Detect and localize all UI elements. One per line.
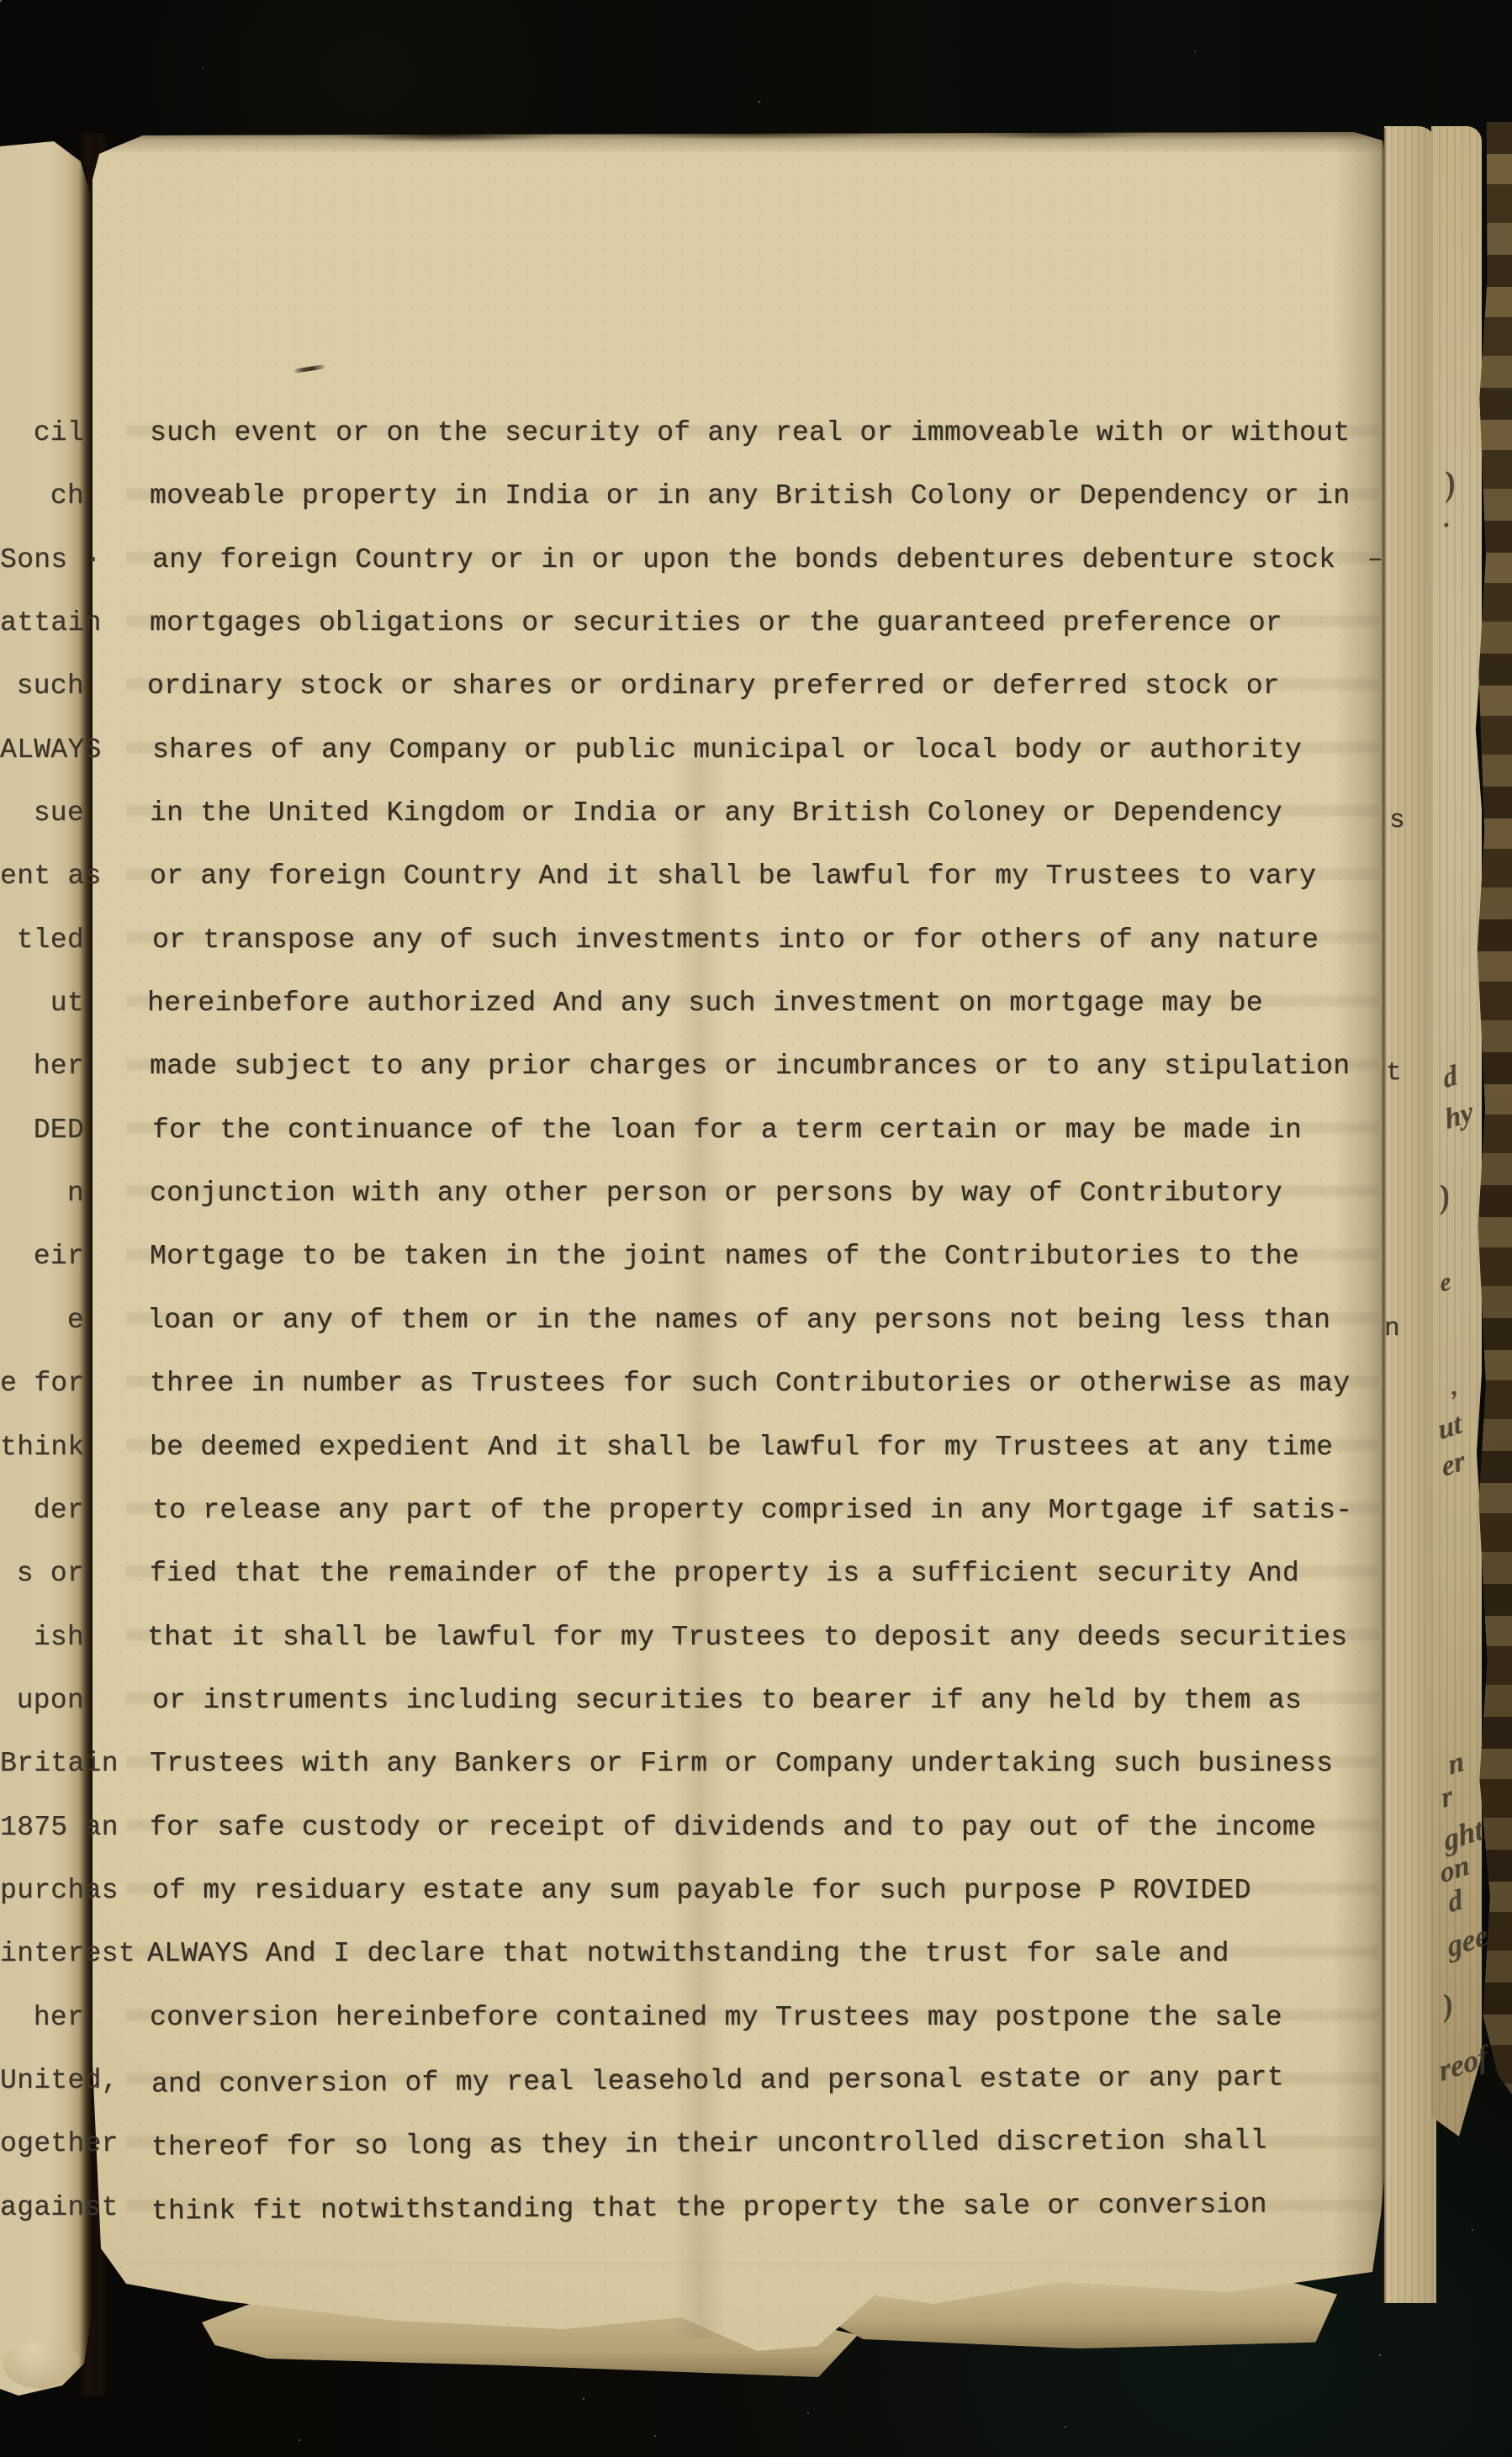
left-fragment: United,: [0, 2065, 84, 2128]
text-line: three in number as Trustees for such Con…: [150, 1368, 1386, 1431]
dust-specks: [0, 0, 2, 2]
text-line: such event or on the security of any rea…: [150, 417, 1386, 480]
left-fragment: eir: [0, 1241, 84, 1304]
margin-typed-mark: n: [1384, 1314, 1400, 1343]
left-fragment: interest: [0, 1938, 84, 2001]
left-fragment: her: [0, 1051, 84, 1114]
typewritten-text-block: such event or on the security of any rea…: [150, 417, 1386, 2255]
text-line: conversion hereinbefore contained my Tru…: [150, 2002, 1386, 2065]
text-line: or transpose any of such investments int…: [152, 924, 1388, 988]
margin-typed-mark: t: [1386, 1058, 1402, 1088]
left-page-text-fragments: cilchSons ·attainsuchALWAYSsueent astled…: [0, 417, 84, 2255]
text-line: that it shall be lawful for my Trustees …: [147, 1622, 1383, 1685]
text-line: fied that the remainder of the property …: [150, 1558, 1386, 1621]
margin-typed-mark: s: [1389, 806, 1405, 835]
left-fragment: s or: [0, 1558, 84, 1621]
left-fragment: Sons ·: [0, 544, 84, 607]
text-line: of my residuary estate any sum payable f…: [152, 1875, 1388, 1938]
left-fragment: ish: [0, 1622, 84, 1685]
left-fragment: sue: [0, 797, 84, 860]
left-fragment: DED: [0, 1115, 84, 1178]
margin-typed-mark: –: [1367, 545, 1383, 575]
left-fragment: ut: [0, 988, 84, 1051]
text-line: or instruments including securities to b…: [152, 1685, 1388, 1748]
left-fragment: upon: [0, 1685, 84, 1748]
left-fragment: ogether: [0, 2128, 84, 2191]
text-line: or any foreign Country And it shall be l…: [150, 860, 1386, 924]
text-line: be deemed expedient And it shall be lawf…: [150, 1432, 1386, 1495]
left-fragment: cil: [0, 417, 84, 480]
page-stack-band-outer: [1477, 122, 1512, 2094]
left-fragment: think: [0, 1432, 84, 1495]
text-line: for the continuance of the loan for a te…: [152, 1115, 1388, 1178]
text-line: conjunction with any other person or per…: [150, 1178, 1386, 1241]
text-line: Mortgage to be taken in the joint names …: [150, 1241, 1386, 1304]
text-line: any foreign Country or in or upon the bo…: [152, 544, 1388, 607]
left-fragment: ALWAYS: [0, 734, 84, 797]
left-fragment: tled: [0, 924, 84, 988]
text-line: made subject to any prior charges or inc…: [150, 1051, 1386, 1114]
text-line: Trustees with any Bankers or Firm or Com…: [150, 1748, 1386, 1811]
book-photograph: cilchSons ·attainsuchALWAYSsueent astled…: [0, 0, 1512, 2457]
left-fragment: her: [0, 2002, 84, 2065]
text-line: and conversion of my real leasehold and …: [151, 2061, 1388, 2131]
page-stack-band-inner: [1384, 126, 1436, 2303]
left-fragment: Britain: [0, 1748, 84, 1811]
text-line: for safe custody or receipt of dividends…: [150, 1812, 1386, 1875]
left-fragment: ent as: [0, 860, 84, 924]
left-fragment: against: [0, 2192, 84, 2255]
left-fragment: der: [0, 1495, 84, 1558]
left-fragment: n: [0, 1178, 84, 1241]
text-line: shares of any Company or public municipa…: [152, 734, 1388, 797]
text-line: think fit notwithstanding that the prope…: [151, 2188, 1388, 2258]
left-fragment: 1875 an: [0, 1812, 84, 1875]
text-line: mortgages obligations or securities or t…: [150, 607, 1386, 670]
text-line: ordinary stock or shares or ordinary pre…: [147, 670, 1383, 733]
left-fragment: attain: [0, 607, 84, 670]
text-line: moveable property in India or in any Bri…: [150, 480, 1386, 543]
text-line: thereof for so long as they in their unc…: [151, 2125, 1388, 2195]
left-fragment: e for: [0, 1368, 84, 1431]
text-line: ALWAYS And I declare that notwithstandin…: [147, 1938, 1383, 2001]
text-line: to release any part of the property comp…: [152, 1495, 1388, 1558]
left-fragment: ch: [0, 480, 84, 543]
left-fragment: purchas: [0, 1875, 84, 1938]
left-fragment: e: [0, 1305, 84, 1368]
text-line: in the United Kingdom or India or any Br…: [150, 797, 1386, 860]
text-line: loan or any of them or in the names of a…: [147, 1305, 1383, 1368]
text-line: hereinbefore authorized And any such inv…: [147, 988, 1383, 1051]
left-fragment: such: [0, 670, 84, 733]
